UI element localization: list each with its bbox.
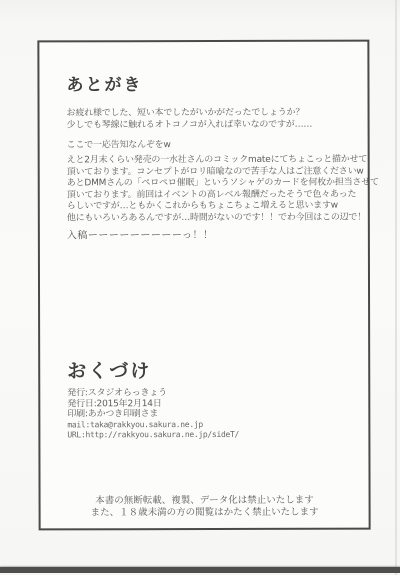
news-line: 他にもいろいろあるんですが…時間がないのです！！でわ今回はこの辺で！ — [67, 212, 358, 224]
announcement-lead-line: ここで一応告知なんぞをw — [67, 140, 358, 152]
afterword-intro-paragraph: お疲れ様でした、短い本でしたがいかがだったでしょうか？ 少しでも琴線に触れるオト… — [67, 108, 358, 132]
colophon-publisher: 発行:スタジオらっきょう — [67, 388, 358, 399]
colophon-heading: おくづけ — [67, 356, 151, 383]
disclaimer-line: また、１８歳未満の方の閲覧はかたく禁止いたします — [41, 506, 369, 518]
colophon-date: 発行日:2015年2月14日 — [67, 398, 358, 409]
intro-line: お疲れ様でした、短い本でしたがいかがだったでしょうか？ — [67, 108, 358, 120]
colophon-printer: 印刷:あかつき印刷さま — [67, 409, 358, 420]
news-line: あとDMMさんの「ペロペロ催眠」というソシャゲのカードを何枚か担当させて — [67, 178, 358, 190]
news-line: 頂いております。前回はイベントの高レベル報酬だったそうで色々あった — [67, 189, 358, 201]
submission-shout-line: 入稿ーーーーーーーーーっ！！ — [67, 230, 358, 242]
news-line: えと2月末くらい発売の一水社さんのコミックmateにてちょこっと描かせて — [67, 155, 358, 167]
colophon-url: URL:http://rakkyou.sakura.ne.jp/sideT/ — [67, 430, 358, 441]
disclaimer-notice: 本書の無断転載、複製、データ化は禁止いたします また、１８歳未満の方の閲覧はかた… — [41, 495, 369, 519]
colophon-contact: mail:taka@rakkyou.sakura.ne.jp URL:http:… — [67, 420, 358, 441]
scan-bottom-edge — [0, 567, 400, 573]
page-edge-shadow — [395, 0, 397, 575]
afterword-heading: あとがき — [66, 70, 142, 95]
news-paragraph: えと2月末くらい発売の一水社さんのコミックmateにてちょこっと描かせて 頂いて… — [67, 155, 358, 225]
page-border-frame: あとがき お疲れ様でした、短い本でしたがいかがだったでしょうか？ 少しでも琴線に… — [37, 40, 370, 531]
news-line: 頂いております。コンセプトがロリ暗喩なので苦手な人はご注意くださいw — [67, 166, 358, 178]
intro-line: 少しでも琴線に触れるオトコノコが入れば幸いなのですが…… — [67, 119, 358, 131]
news-line: らしいですが…ともかくこれからもちょこちょこ増えると思いますw — [67, 201, 358, 213]
colophon-details: 発行:スタジオらっきょう 発行日:2015年2月14日 印刷:あかつき印刷さま — [67, 388, 358, 420]
disclaimer-line: 本書の無断転載、複製、データ化は禁止いたします — [41, 495, 369, 507]
